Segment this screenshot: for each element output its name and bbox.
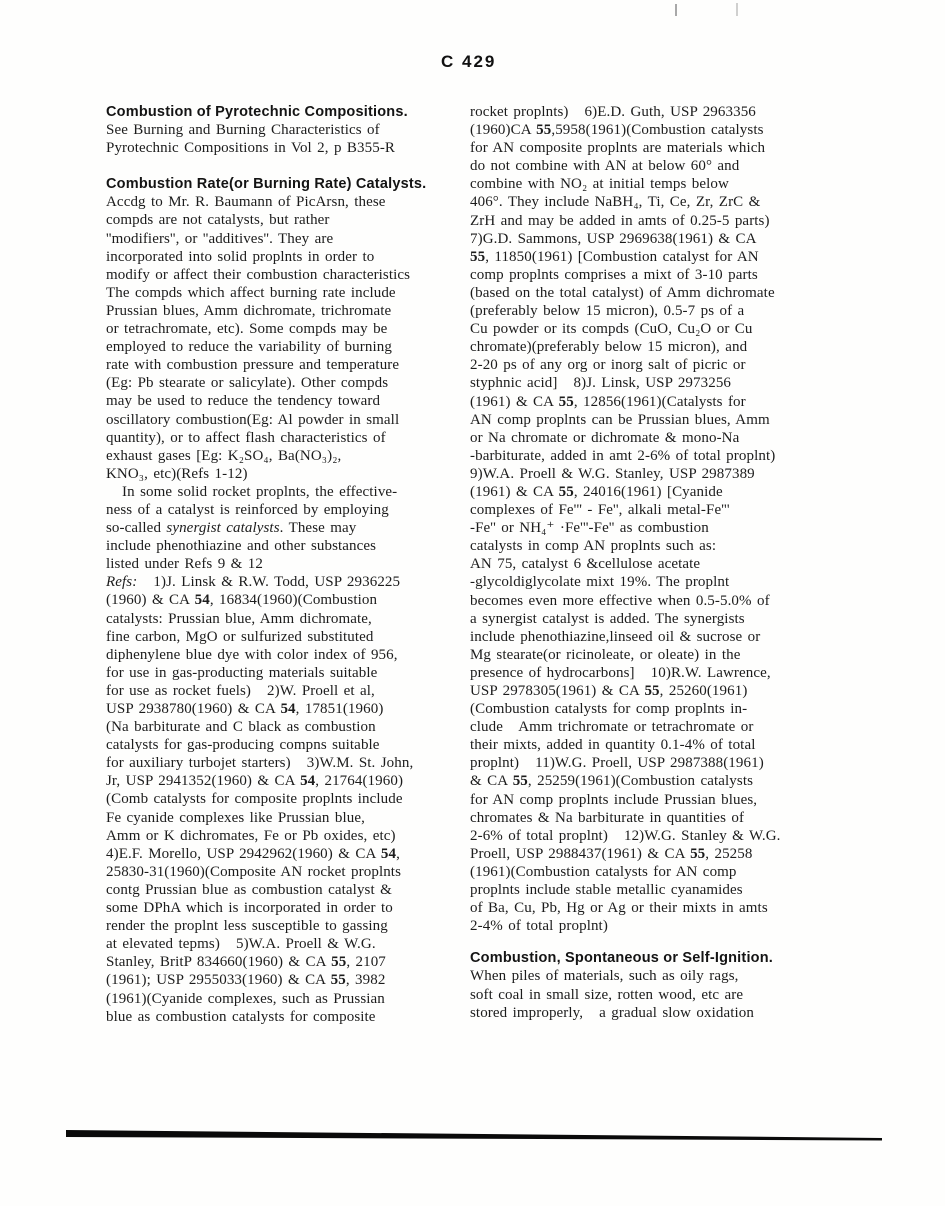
text-line: (based on the total catalyst) of Amm dic… — [470, 284, 872, 302]
text-line: Proell, USP 2988437(1961) & CA 55, 25258 — [470, 845, 872, 863]
text-line: proplnt) 11)W.G. Proell, USP 2987388(196… — [470, 754, 872, 772]
text-line: for auxiliary turbojet starters) 3)W.M. … — [106, 754, 466, 772]
text-line: 9)W.A. Proell & W.G. Stanley, USP 298738… — [470, 465, 872, 483]
text-line: Prussian blues, Amm dichromate, trichrom… — [106, 302, 466, 320]
left-column: Combustion of Pyrotechnic Compositions. … — [106, 103, 466, 1026]
text-line: 2-4% of total proplnt) — [470, 917, 872, 935]
section-body: Accdg to Mr. R. Baumann of PicArsn, thes… — [106, 193, 466, 1025]
text-line: 55, 11850(1961) [Combustion catalyst for… — [470, 248, 872, 266]
text-line: render the proplnt less susceptible to g… — [106, 917, 466, 935]
text-line: for AN comp proplnts include Prussian bl… — [470, 791, 872, 809]
text-line: employed to reduce the variability of bu… — [106, 338, 466, 356]
text-line: USP 2938780(1960) & CA 54, 17851(1960) — [106, 700, 466, 718]
text-line: exhaust gases [Eg: K₂SO₄, Ba(NO₃)₂, — [106, 447, 466, 465]
text-line: catalysts: Prussian blue, Amm dichromate… — [106, 610, 466, 628]
text-line: In some solid rocket proplnts, the effec… — [106, 483, 466, 501]
text-line: a synergist catalyst is added. The syner… — [470, 610, 872, 628]
text-line: (1960)CA 55,5958(1961)(Combustion cataly… — [470, 121, 872, 139]
text-line: quantity), or to affect flash characteri… — [106, 429, 466, 447]
section-combustion-rate-catalysts: Combustion Rate(or Burning Rate) Catalys… — [106, 175, 466, 1025]
text-line: or Na chromate or dichromate & mono-Na — [470, 429, 872, 447]
text-line: (Comb catalysts for composite proplnts i… — [106, 790, 466, 808]
section-heading: Combustion of Pyrotechnic Compositions. — [106, 103, 466, 121]
text-line: presence of hydrocarbons] 10)R.W. Lawren… — [470, 664, 872, 682]
text-line: at elevated tepms) 5)W.A. Proell & W.G. — [106, 935, 466, 953]
text-line: See Burning and Burning Characteristics … — [106, 121, 466, 139]
text-line: Refs: 1)J. Linsk & R.W. Todd, USP 293622… — [106, 573, 466, 591]
text-line: complexes of Fe''' - Fe'', alkali metal-… — [470, 501, 872, 519]
text-line: (Eg: Pb stearate or salicylate). Other c… — [106, 374, 466, 392]
section-body: rocket proplnts) 6)E.D. Guth, USP 296335… — [470, 103, 872, 935]
text-line: AN 75, catalyst 6 &cellulose acetate — [470, 555, 872, 573]
text-line: & CA 55, 25259(1961)(Combustion catalyst… — [470, 772, 872, 790]
text-line: (1960) & CA 54, 16834(1960)(Combustion — [106, 591, 466, 609]
text-line: styphnic acid] 8)J. Linsk, USP 2973256 — [470, 374, 872, 392]
text-line: or tetrachromate, etc). Some compds may … — [106, 320, 466, 338]
text-line: some DPhA which is incorporated in order… — [106, 899, 466, 917]
text-line: fine carbon, MgO or sulfurized substitut… — [106, 628, 466, 646]
text-line: rocket proplnts) 6)E.D. Guth, USP 296335… — [470, 103, 872, 121]
text-line: (Na barbiturate and C black as combustio… — [106, 718, 466, 736]
text-line: Pyrotechnic Compositions in Vol 2, p B35… — [106, 139, 466, 157]
text-line: 406°. They include NaBH₄, Ti, Ce, Zr, Zr… — [470, 193, 872, 211]
text-line: catalysts in comp AN proplnts such as: — [470, 537, 872, 555]
text-line: (preferably below 15 micron), 0.5-7 ps o… — [470, 302, 872, 320]
text-line: The compds which affect burning rate inc… — [106, 284, 466, 302]
text-line: clude Amm trichromate or tetrachromate o… — [470, 718, 872, 736]
text-line: compds are not catalysts, but rather — [106, 211, 466, 229]
section-spontaneous-combustion: Combustion, Spontaneous or Self-Ignition… — [470, 949, 872, 1021]
text-line: USP 2978305(1961) & CA 55, 25260(1961) — [470, 682, 872, 700]
text-line: Jr, USP 2941352(1960) & CA 54, 21764(196… — [106, 772, 466, 790]
text-line: KNO₃, etc)(Refs 1-12) — [106, 465, 466, 483]
document-page: C 429 Combustion of Pyrotechnic Composit… — [0, 0, 945, 1206]
text-line: include phenothiazine and other substanc… — [106, 537, 466, 555]
text-line: 25830-31(1960)(Composite AN rocket propl… — [106, 863, 466, 881]
text-line: 4)E.F. Morello, USP 2942962(1960) & CA 5… — [106, 845, 466, 863]
text-line: may be used to reduce the tendency towar… — [106, 392, 466, 410]
text-line: Amm or K dichromates, Fe or Pb oxides, e… — [106, 827, 466, 845]
section-heading: Combustion, Spontaneous or Self-Ignition… — [470, 949, 872, 967]
text-line: chromate)(preferably below 15 micron), a… — [470, 338, 872, 356]
text-line: combine with NO₂ at initial temps below — [470, 175, 872, 193]
section-body: When piles of materials, such as oily ra… — [470, 967, 872, 1021]
text-line: 2-6% of total proplnt) 12)W.G. Stanley &… — [470, 827, 872, 845]
text-line: Cu powder or its compds (CuO, Cu₂O or Cu — [470, 320, 872, 338]
text-line: include phenothiazine,linseed oil & sucr… — [470, 628, 872, 646]
text-line: rate with combustion pressure and temper… — [106, 356, 466, 374]
text-line: (1961) & CA 55, 12856(1961)(Catalysts fo… — [470, 393, 872, 411]
text-line: (1961)(Cyanide complexes, such as Prussi… — [106, 990, 466, 1008]
page-number: C 429 — [441, 52, 496, 72]
text-line: Mg stearate(or ricinoleate, or oleate) i… — [470, 646, 872, 664]
text-line: Accdg to Mr. R. Baumann of PicArsn, thes… — [106, 193, 466, 211]
text-line: so-called synergist catalysts. These may — [106, 519, 466, 537]
text-line: for use in gas-producting materials suit… — [106, 664, 466, 682]
text-line: Stanley, BritP 834660(1960) & CA 55, 210… — [106, 953, 466, 971]
text-line: (1961); USP 2955033(1960) & CA 55, 3982 — [106, 971, 466, 989]
text-line: -glycoldiglycolate mixt 19%. The proplnt — [470, 573, 872, 591]
bottom-rule — [66, 1129, 882, 1143]
section-pyrotechnic-compositions: Combustion of Pyrotechnic Compositions. … — [106, 103, 466, 157]
text-line: AN comp proplnts can be Prussian blues, … — [470, 411, 872, 429]
text-line: of Ba, Cu, Pb, Hg or Ag or their mixts i… — [470, 899, 872, 917]
section-body: See Burning and Burning Characteristics … — [106, 121, 466, 157]
text-line: When piles of materials, such as oily ra… — [470, 967, 872, 985]
text-line: becomes even more effective when 0.5-5.0… — [470, 592, 872, 610]
text-line: -Fe'' or NH₄⁺ ·Fe'''-Fe'' as combustion — [470, 519, 872, 537]
text-line: diphenylene blue dye with color index of… — [106, 646, 466, 664]
text-line: (1961)(Combustion catalysts for AN comp — [470, 863, 872, 881]
text-line: oscillatory combustion(Eg: Al powder in … — [106, 411, 466, 429]
text-line: for use as rocket fuels) 2)W. Proell et … — [106, 682, 466, 700]
text-line: contg Prussian blue as combustion cataly… — [106, 881, 466, 899]
text-line: (Combustion catalysts for comp proplnts … — [470, 700, 872, 718]
scan-artifact-mark — [736, 3, 738, 16]
text-line: ness of a catalyst is reinforced by empl… — [106, 501, 466, 519]
text-line: catalysts for gas-producing compns suita… — [106, 736, 466, 754]
text-line: blue as combustion catalysts for composi… — [106, 1008, 466, 1026]
text-line: listed under Refs 9 & 12 — [106, 555, 466, 573]
section-heading: Combustion Rate(or Burning Rate) Catalys… — [106, 175, 466, 193]
text-line: comp proplnts comprises a mixt of 3-10 p… — [470, 266, 872, 284]
text-line: do not combine with AN at below 60° and — [470, 157, 872, 175]
text-line: 2-20 ps of any org or inorg salt of picr… — [470, 356, 872, 374]
text-line: 7)G.D. Sammons, USP 2969638(1961) & CA — [470, 230, 872, 248]
text-line: for AN composite proplnts are materials … — [470, 139, 872, 157]
right-column: rocket proplnts) 6)E.D. Guth, USP 296335… — [470, 103, 872, 1022]
text-line: incorporated into solid proplnts in orde… — [106, 248, 466, 266]
text-line: proplnts include stable metallic cyanami… — [470, 881, 872, 899]
text-line: -barbiturate, added in amt 2-6% of total… — [470, 447, 872, 465]
text-line: ZrH and may be added in amts of 0.25-5 p… — [470, 212, 872, 230]
text-line: stored improperly, a gradual slow oxidat… — [470, 1004, 872, 1022]
section-catalysts-continuation: rocket proplnts) 6)E.D. Guth, USP 296335… — [470, 103, 872, 935]
text-line: soft coal in small size, rotten wood, et… — [470, 986, 872, 1004]
text-line: their mixts, added in quantity 0.1-4% of… — [470, 736, 872, 754]
scan-artifact-mark — [675, 4, 677, 16]
text-line: chromates & Na barbiturate in quantities… — [470, 809, 872, 827]
text-line: Fe cyanide complexes like Prussian blue, — [106, 809, 466, 827]
text-line: ''modifiers'', or ''additives''. They ar… — [106, 230, 466, 248]
text-line: (1961) & CA 55, 24016(1961) [Cyanide — [470, 483, 872, 501]
text-line: modify or affect their combustion charac… — [106, 266, 466, 284]
